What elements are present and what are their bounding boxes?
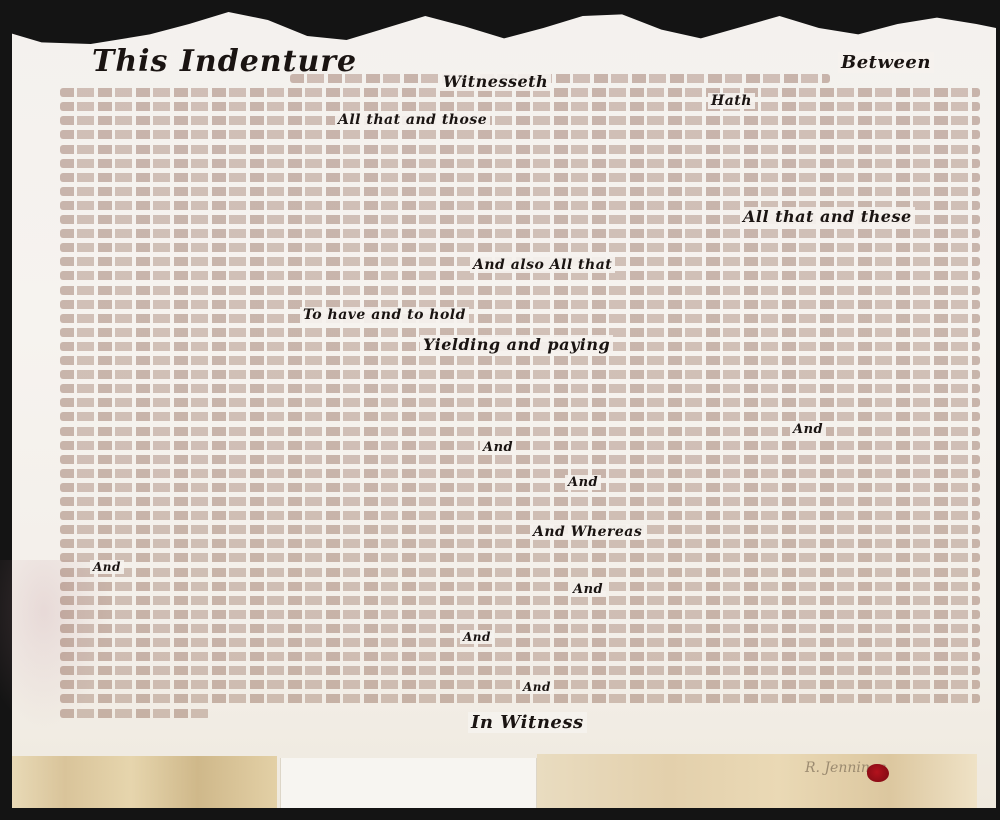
section-heading: And	[480, 440, 516, 455]
section-heading: And also All that	[470, 257, 615, 273]
bottom-tape-strip: R. Jennings	[12, 754, 976, 808]
handwritten-line	[60, 497, 980, 506]
handwritten-line	[60, 553, 980, 562]
section-heading: And	[565, 475, 601, 490]
document-body	[60, 58, 985, 698]
handwritten-line	[60, 130, 980, 139]
handwritten-line	[60, 469, 980, 478]
tape-left	[12, 756, 277, 808]
handwritten-line	[60, 610, 980, 619]
section-heading: And Whereas	[530, 524, 645, 540]
handwritten-line	[290, 74, 830, 83]
section-heading: And	[460, 630, 494, 644]
section-heading: To have and to hold	[300, 307, 469, 323]
section-heading: All that and those	[335, 112, 490, 128]
section-heading: And	[520, 680, 554, 694]
section-heading: And	[790, 422, 826, 437]
handwritten-line	[60, 412, 980, 421]
handwritten-line	[60, 159, 980, 168]
handwritten-line	[60, 229, 980, 238]
handwritten-line	[60, 709, 210, 718]
handwritten-line	[60, 116, 980, 125]
section-heading: Between	[838, 52, 934, 73]
handwritten-line	[60, 624, 980, 633]
section-heading: Yielding and paying	[420, 335, 613, 354]
handwritten-line	[60, 582, 980, 591]
section-heading: And	[90, 560, 124, 574]
handwritten-line	[60, 398, 980, 407]
handwritten-line	[60, 666, 980, 675]
handwritten-line	[60, 694, 980, 703]
handwritten-line	[60, 187, 980, 196]
handwritten-line	[60, 102, 980, 111]
handwritten-line	[60, 483, 980, 492]
handwritten-line	[60, 145, 980, 154]
handwritten-line	[60, 427, 980, 436]
handwritten-line	[60, 568, 980, 577]
handwritten-line	[60, 173, 980, 182]
section-heading: All that and these	[740, 207, 915, 226]
section-heading: And	[570, 582, 606, 597]
handwritten-line	[60, 286, 980, 295]
handwritten-line	[60, 441, 980, 450]
handwritten-line	[60, 638, 980, 647]
handwritten-line	[60, 384, 980, 393]
handwritten-line	[60, 370, 980, 379]
handwritten-line	[60, 243, 980, 252]
section-heading: Hath	[708, 93, 755, 109]
handwritten-line	[60, 652, 980, 661]
handwritten-line	[60, 314, 980, 323]
handwritten-line	[60, 511, 980, 520]
wax-seal-icon	[867, 764, 889, 782]
section-heading: In Witness	[468, 712, 587, 733]
handwritten-line	[60, 356, 980, 365]
handwritten-line	[60, 596, 980, 605]
tape-gap	[280, 758, 537, 808]
section-heading: Witnesseth	[440, 72, 551, 91]
tape-right: R. Jennings	[537, 754, 977, 808]
handwritten-line	[60, 539, 980, 548]
handwritten-line	[60, 455, 980, 464]
handwritten-line	[60, 300, 980, 309]
handwritten-line	[60, 525, 980, 534]
